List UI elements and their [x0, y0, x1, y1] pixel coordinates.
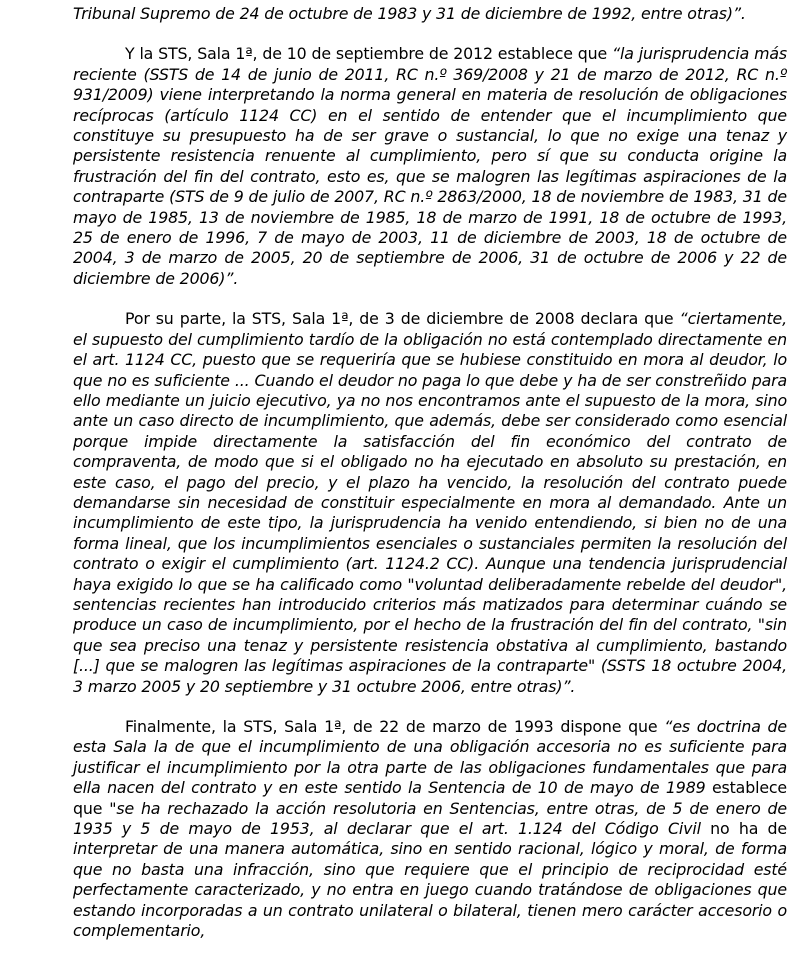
text-segment: “ciertamente, el supuesto del cumplimien… [73, 309, 787, 695]
document-text-body: Tribunal Supremo de 24 de octubre de 198… [73, 4, 787, 941]
text-segment: Finalmente, la STS, Sala 1ª, de 22 de ma… [125, 717, 664, 736]
text-segment: Por su parte, la STS, Sala 1ª, de 3 de d… [125, 309, 680, 328]
paragraph: Tribunal Supremo de 24 de octubre de 198… [73, 4, 787, 24]
text-segment: Y la STS, Sala 1ª, de 10 de septiembre d… [125, 44, 612, 63]
paragraph: Finalmente, la STS, Sala 1ª, de 22 de ma… [73, 717, 787, 941]
text-segment: "se ha rechazado la acción resolutoria e… [73, 799, 787, 838]
document-page: Tribunal Supremo de 24 de octubre de 198… [73, 4, 787, 941]
text-segment: no ha de [710, 819, 787, 838]
paragraph: Por su parte, la STS, Sala 1ª, de 3 de d… [73, 309, 787, 697]
text-segment: Tribunal Supremo de 24 de octubre de 198… [73, 4, 746, 23]
paragraph: Y la STS, Sala 1ª, de 10 de septiembre d… [73, 44, 787, 289]
text-segment: “la jurisprudencia más reciente (SSTS de… [73, 44, 787, 287]
text-segment: interpretar de una manera automática, si… [73, 839, 787, 940]
